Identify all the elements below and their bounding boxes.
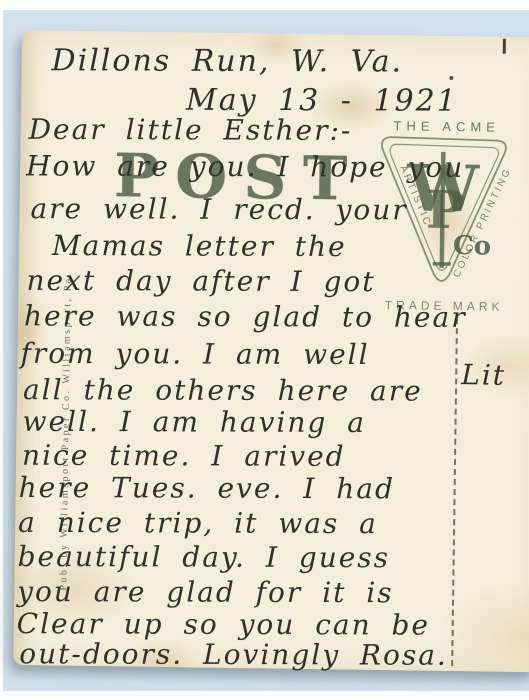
handwriting-line: you are glad for it is (17, 578, 394, 607)
handwriting-line: here Tues. eve. I had (19, 474, 395, 503)
postcard: POST Pub. by Williamsport Paper Co. Will… (13, 30, 529, 672)
handwriting-line: How are you. I hope you (26, 152, 464, 182)
handwriting-salutation: Dear little Esther:- (29, 116, 353, 145)
handwriting-date: May 13 - 1921 (186, 86, 458, 117)
handwriting-line: here was so glad to hear (24, 302, 467, 332)
postcard-photo: POST Pub. by Williamsport Paper Co. Will… (0, 0, 529, 700)
handwriting-dateline: Dillons Run, W. Va. (52, 46, 404, 77)
handwriting-line: beautiful day. I guess (18, 543, 391, 572)
handwriting-line: nice time. I arived (22, 442, 346, 471)
handwriting-line: are well. I recd. your (30, 195, 407, 224)
handwriting-line: from you. I am well (20, 340, 369, 369)
handwriting-line: next day after I got (26, 267, 375, 296)
monogram-co: Co (453, 231, 491, 262)
acme-top-label: THE ACME (393, 118, 500, 134)
handwriting-line: Mamas letter the (52, 232, 347, 261)
handwriting-signature-line: out-doors. Lovingly Rosa. (19, 640, 448, 669)
handwriting-line: Clear up so you can be (17, 610, 430, 639)
address-fragment: Lit (461, 358, 506, 392)
handwriting-line: a nice trip, it was a (18, 509, 378, 538)
address-divider-line (451, 318, 458, 666)
ink-dot (449, 76, 453, 80)
handwriting-line: well. I am having a (22, 408, 366, 437)
top-edge-mark (503, 39, 506, 54)
handwriting-line: all the others here are (23, 376, 423, 405)
